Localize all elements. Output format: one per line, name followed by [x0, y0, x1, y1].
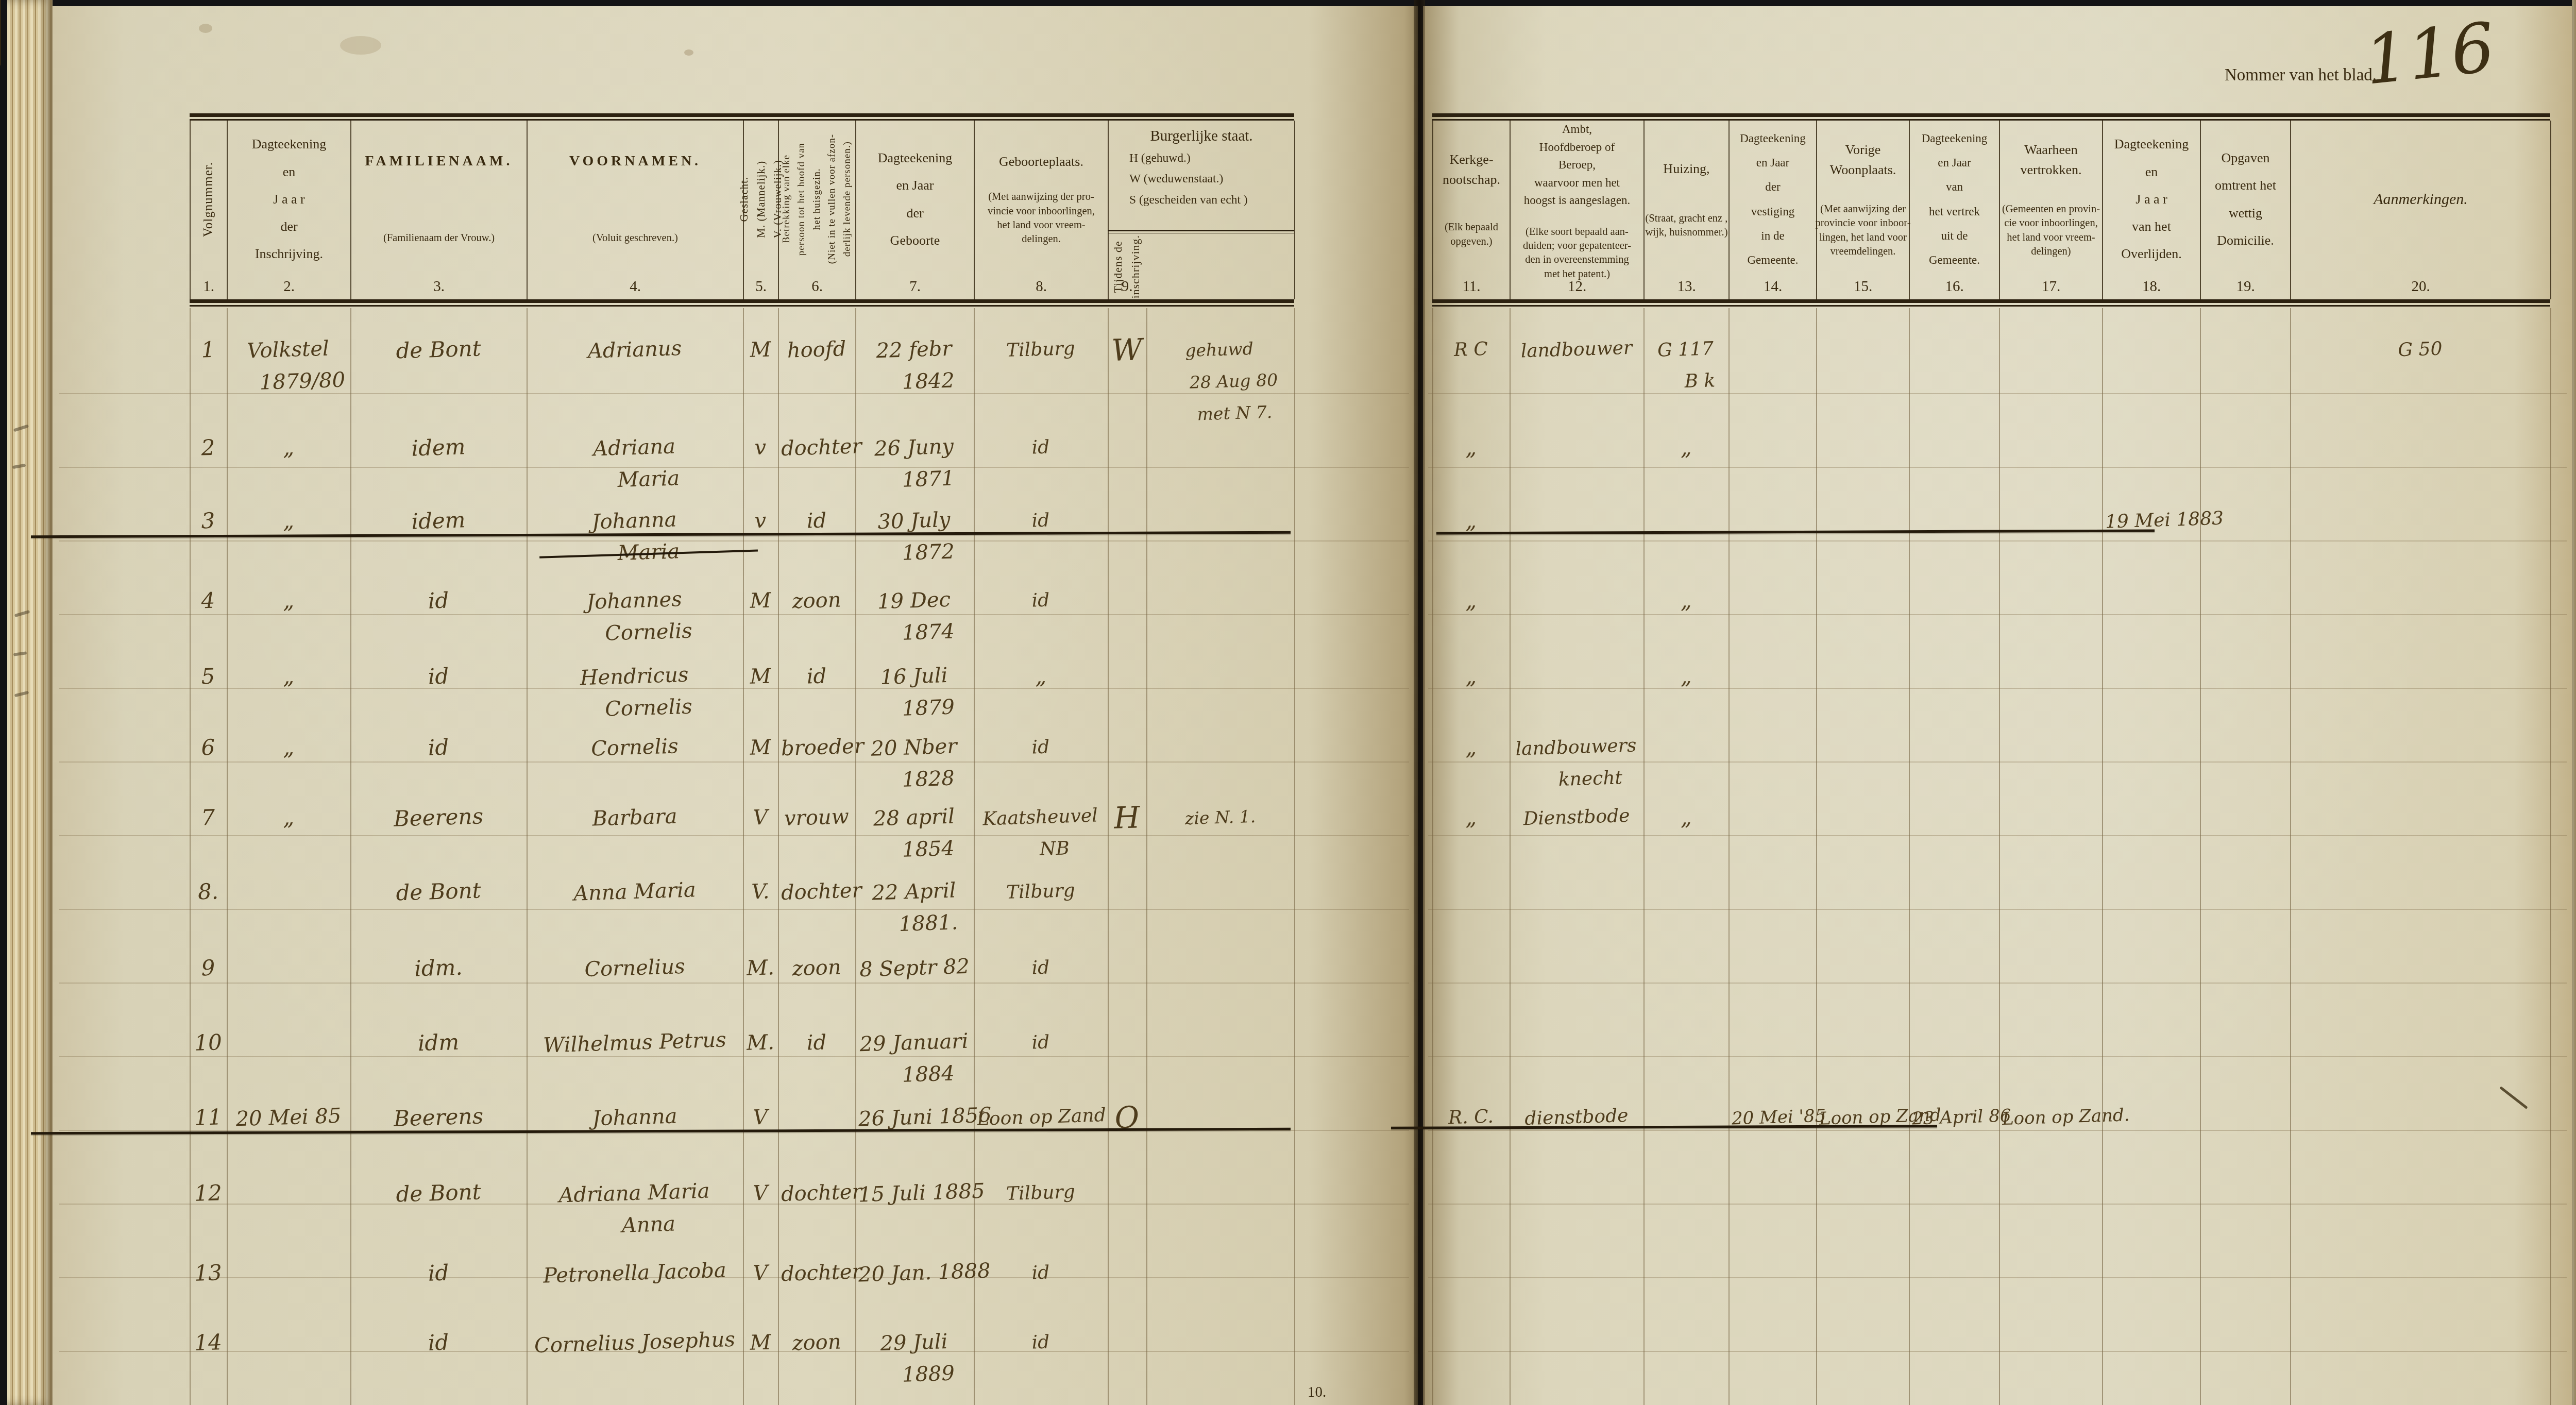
- entry-r5-c6: id: [781, 659, 853, 693]
- entry-r13-c3: id: [353, 1255, 524, 1292]
- entry-r1-c4: Adrianus: [529, 331, 740, 369]
- column-number-11: 11.: [1433, 278, 1510, 295]
- entry-r11-c2: 20 Mei 85: [229, 1099, 348, 1135]
- entry-r1-c9: W: [1110, 333, 1144, 366]
- entry-r10-c7: 29 Januari1884: [857, 1025, 972, 1093]
- column-number-7: 7.: [856, 278, 974, 295]
- entry-r1-c8: Tilburg: [976, 332, 1105, 368]
- entry-r4-c6: zoon: [781, 584, 853, 618]
- entry-r9-c6: zoon: [781, 951, 853, 985]
- entry-r11-c17: Loon op Zand.: [2002, 1100, 2099, 1135]
- entry-r12-c8: Tilburg: [976, 1175, 1105, 1211]
- column-number-15: 15.: [1817, 278, 1909, 295]
- column-header-3: FAMILIENAAM.(Familienaam der Vrouw.)3.: [350, 121, 527, 299]
- entry-r11-c14: 20 Mei '85: [1731, 1101, 1814, 1135]
- column-number-16: 16.: [1910, 278, 1999, 295]
- entry-r7-c4: Barbara: [529, 799, 740, 837]
- entry-r7-c10: zie N. 1.: [1149, 800, 1292, 836]
- folio-number-handwritten: 116: [2361, 8, 2499, 100]
- entry-r2-c4: AdrianaMaria: [529, 429, 741, 499]
- ruled-lines: [1428, 320, 2567, 1405]
- entry-r11-c11: R. C.: [1435, 1101, 1507, 1135]
- entry-r13-c5: V: [745, 1257, 775, 1290]
- column-number-8: 8.: [975, 278, 1108, 295]
- entry-r11-c12: dienstbode: [1512, 1099, 1641, 1136]
- entry-r2-c11: „: [1435, 431, 1507, 465]
- column-header-20: Aanmerkingen.20.: [2290, 121, 2551, 299]
- register-book: Nommer van het blad. 116 Volgnummer.1.Da…: [0, 0, 2576, 1405]
- header-rule-bottom-thin: [190, 305, 1294, 307]
- entry-r1-c11: R C: [1435, 333, 1507, 367]
- column-number-12: 12.: [1511, 278, 1643, 295]
- entry-r4-c13: „: [1646, 584, 1726, 618]
- entry-r6-c1: 6: [192, 731, 224, 764]
- entry-r4-c3: id: [353, 582, 524, 619]
- entry-r12-c4: Adriana MariaAnna: [529, 1174, 741, 1245]
- entry-r7-c7: 28 april1854: [857, 800, 972, 868]
- paper-stain: [199, 24, 212, 33]
- header-rule-top: [1432, 113, 2550, 117]
- entry-r7-c11: „: [1435, 801, 1507, 835]
- entry-r6-c7: 20 Nber1828: [857, 730, 972, 798]
- entry-r12-c7: 15 Juli 1885: [858, 1176, 971, 1211]
- header-rule-bottom-thin: [1432, 305, 2550, 307]
- column-number-19: 19.: [2201, 278, 2290, 295]
- entry-r5-c4: HendricusCornelis: [529, 657, 741, 728]
- page-edge-stack-left: [7, 0, 53, 1405]
- folio-label: Nommer van het blad.: [2225, 66, 2377, 85]
- entry-r1-c10: gehuwd28 Aug 80met N 7.: [1148, 332, 1293, 432]
- entry-r6-c8: id: [976, 730, 1105, 766]
- entry-r6-c4: Cornelis: [529, 729, 740, 767]
- entry-r13-c6: dochter: [781, 1256, 853, 1290]
- entry-r5-c7: 16 Juli1879: [857, 659, 972, 726]
- entry-r13-c7: 20 Jan. 1888: [858, 1256, 971, 1291]
- entry-r9-c1: 9: [192, 952, 224, 985]
- entry-r2-c1: 2: [192, 431, 224, 464]
- entry-r7-c5: V: [745, 801, 775, 834]
- entry-r12-c5: V: [745, 1177, 775, 1210]
- entry-r7-c6: vrouw: [781, 801, 853, 835]
- column-number-5: 5.: [744, 278, 778, 295]
- column-header-15: VorigeWoonplaats.(Met aanwijzing derprov…: [1816, 121, 1909, 299]
- entry-r12-c1: 12: [192, 1177, 224, 1210]
- paper-stain: [340, 36, 381, 55]
- entry-r11-c1: 11: [192, 1101, 224, 1134]
- entry-r1-c7: 22 febr1842: [857, 332, 972, 400]
- entry-r6-c3: id: [353, 729, 524, 766]
- entry-r5-c13: „: [1646, 659, 1726, 694]
- column-header-5: Geslacht.M. (Mannelijk.)V. (Vrouwelijk.)…: [743, 121, 778, 299]
- entry-r13-c1: 13: [192, 1257, 224, 1290]
- entry-r7-c1: 7: [192, 801, 224, 834]
- entry-r10-c4: Wilhelmus Petrus: [529, 1024, 740, 1062]
- column-header-17: Waarheenvertrokken.(Gemeenten en provin-…: [1999, 121, 2102, 299]
- entry-r4-c11: „: [1435, 584, 1507, 618]
- entry-r6-c5: M: [745, 731, 775, 764]
- entry-r14-c1: 14: [192, 1326, 224, 1359]
- entry-r4-c8: id: [976, 583, 1105, 619]
- entry-r5-c1: 5: [192, 660, 224, 693]
- column-header-1: Volgnummer.1.: [190, 121, 227, 299]
- entry-r7-c3: Beerens: [353, 799, 524, 836]
- entry-r14-c4: Cornelius Josephus: [529, 1324, 740, 1362]
- entry-r1-c3: de Bont: [353, 331, 524, 368]
- column-header-18: DagteekeningenJ a a rvan hetOverlijden.1…: [2102, 121, 2200, 299]
- column-header-19: Opgavenomtrent hetwettigDomicilie.19.: [2200, 121, 2290, 299]
- entry-r14-c5: M: [745, 1326, 775, 1359]
- entry-r14-c6: zoon: [781, 1326, 853, 1360]
- column-header-11: Kerkge-nootschap.(Elk bepaaldopgeven.)11…: [1432, 121, 1510, 299]
- column-number-2: 2.: [228, 278, 350, 295]
- entry-r9-c4: Cornelius: [529, 949, 740, 988]
- entry-r5-c3: id: [353, 658, 524, 695]
- header-rule-bottom: [190, 299, 1294, 303]
- entry-r6-c11: „: [1435, 731, 1507, 765]
- column-header-16: Dagteekeningen Jaarvanhet vertrekuit deG…: [1909, 121, 1999, 299]
- entry-r2-c3: idem: [353, 429, 524, 466]
- entry-r4-c5: M: [745, 584, 775, 617]
- entry-r10-c1: 10: [192, 1026, 224, 1059]
- entry-r5-c5: M: [745, 660, 775, 693]
- entry-r1-c2: Volkstel1879/80: [229, 332, 348, 399]
- entry-r2-c2: „: [229, 430, 348, 465]
- entry-r6-c6: broeder: [781, 731, 853, 765]
- entry-r7-c8: KaatsheuvelNB: [976, 800, 1106, 868]
- entry-r8-c1: 8.: [192, 875, 224, 908]
- entry-r3-c1: 3: [192, 504, 224, 537]
- entry-r9-c3: idm.: [353, 950, 524, 987]
- entry-r1-c12: landbouwer: [1512, 332, 1641, 368]
- entry-r8-c6: dochter: [781, 875, 853, 909]
- column-number-1: 1.: [191, 278, 227, 295]
- column-number-4: 4.: [528, 278, 743, 295]
- column-header-2: DagteekeningenJ a a rderInschrijving.2.: [227, 121, 350, 299]
- entry-r10-c6: id: [781, 1026, 853, 1060]
- entry-r7-c12: Dienstbode: [1512, 800, 1641, 836]
- paper-stain: [684, 49, 693, 56]
- entry-r1-c5: M: [745, 333, 775, 366]
- entry-r1-c6: hoofd: [781, 333, 853, 367]
- entry-r13-c4: Petronella Jacoba: [529, 1254, 740, 1293]
- entry-r5-c8: „: [976, 658, 1105, 695]
- entry-r2-c5: v: [745, 431, 775, 464]
- book-gutter: [1414, 0, 1425, 1405]
- entry-r9-c5: M.: [745, 952, 775, 985]
- entry-r9-c7: 8 Septr 82: [858, 951, 971, 986]
- entry-r7-c2: „: [229, 800, 348, 835]
- entry-r8-c4: Anna Maria: [529, 873, 740, 911]
- entry-r10-c5: M.: [745, 1026, 775, 1059]
- column-number-18: 18.: [2103, 278, 2200, 295]
- entry-r14-c8: id: [976, 1325, 1105, 1361]
- entry-r5-c2: „: [229, 658, 348, 694]
- entry-r13-c8: id: [976, 1255, 1105, 1291]
- entry-r9-c8: id: [976, 950, 1105, 986]
- entry-r8-c8: Tilburg: [976, 874, 1105, 910]
- entry-r8-c7: 22 April1881.: [857, 874, 972, 942]
- header-rule-top: [190, 113, 1294, 117]
- page-edge-stack-right: [2572, 0, 2576, 1405]
- entry-r5-c11: „: [1435, 659, 1507, 693]
- entry-r11-c15: Loon op Zand: [1819, 1100, 1906, 1135]
- column-number-14: 14.: [1730, 278, 1816, 295]
- entry-r12-c3: de Bont: [353, 1175, 524, 1212]
- column-header-7: Dagteekeningen JaarderGeboorte7.: [855, 121, 974, 299]
- column-header-14: Dagteekeningen Jaardervestigingin deGeme…: [1728, 121, 1816, 299]
- entry-r3-c2: „: [229, 503, 348, 538]
- entry-r4-c7: 19 Dec1874: [857, 583, 972, 651]
- entry-r1-c1: 1: [192, 333, 224, 366]
- entry-r14-c3: id: [353, 1324, 524, 1361]
- column-header-4: VOORNAMEN.(Voluit geschreven.)4.: [527, 121, 743, 299]
- entry-r10-c8: id: [976, 1025, 1105, 1061]
- entry-r2-c13: „: [1646, 431, 1726, 465]
- burgerlijke-divider: [1108, 230, 1294, 231]
- column-number-20: 20.: [2291, 278, 2550, 295]
- entry-r4-c2: „: [229, 583, 348, 618]
- column-header-13: Huizing,(Straat, gracht enz ,wijk, huisn…: [1643, 121, 1728, 299]
- entry-r2-c6: dochter: [781, 431, 853, 465]
- entry-r12-c6: dochter: [781, 1176, 853, 1210]
- column-header-9: Tijdens deinschrijving.9.: [1108, 234, 1146, 299]
- column-header-6: Betrekking van elkepersoon tot het hoofd…: [778, 121, 855, 299]
- entry-r3-c4: JohannaMaria: [529, 502, 741, 572]
- entry-r1-c13: G 117B k: [1646, 333, 1726, 399]
- entry-r7-c13: „: [1646, 801, 1726, 835]
- entry-r3-c18: 19 Mei 1883: [2105, 503, 2197, 538]
- entry-r4-c4: JohannesCornelis: [529, 582, 741, 652]
- entry-r8-c5: V.: [745, 875, 775, 908]
- entry-r7-c9: H: [1110, 801, 1144, 834]
- entry-r2-c7: 26 Juny1871: [857, 430, 972, 498]
- entry-r4-c1: 4: [192, 584, 224, 617]
- entry-r14-c7: 29 Juli1889: [857, 1325, 972, 1393]
- entry-r3-c7: 30 July1872: [857, 503, 972, 571]
- entry-r8-c3: de Bont: [353, 873, 524, 910]
- entry-r6-c12: landbouwersknecht: [1512, 730, 1641, 798]
- entry-r6-c2: „: [229, 730, 348, 765]
- column-number-3: 3.: [351, 278, 527, 295]
- column-number-13: 13.: [1645, 278, 1728, 295]
- column-header-8: Geboorteplaats.(Met aanwijzing der pro-v…: [974, 121, 1108, 299]
- entry-r11-c16: 23 April 86: [1911, 1100, 1996, 1135]
- column-number-6: 6.: [779, 278, 855, 295]
- burgerlijke-divider-thin: [1108, 233, 1294, 233]
- column-number-17: 17.: [2000, 278, 2102, 295]
- entry-r10-c3: idm: [353, 1024, 524, 1061]
- column-header-12: Ambt,Hoofdberoep ofBeroep,waarvoor men h…: [1510, 121, 1643, 299]
- entry-r2-c8: id: [976, 430, 1105, 466]
